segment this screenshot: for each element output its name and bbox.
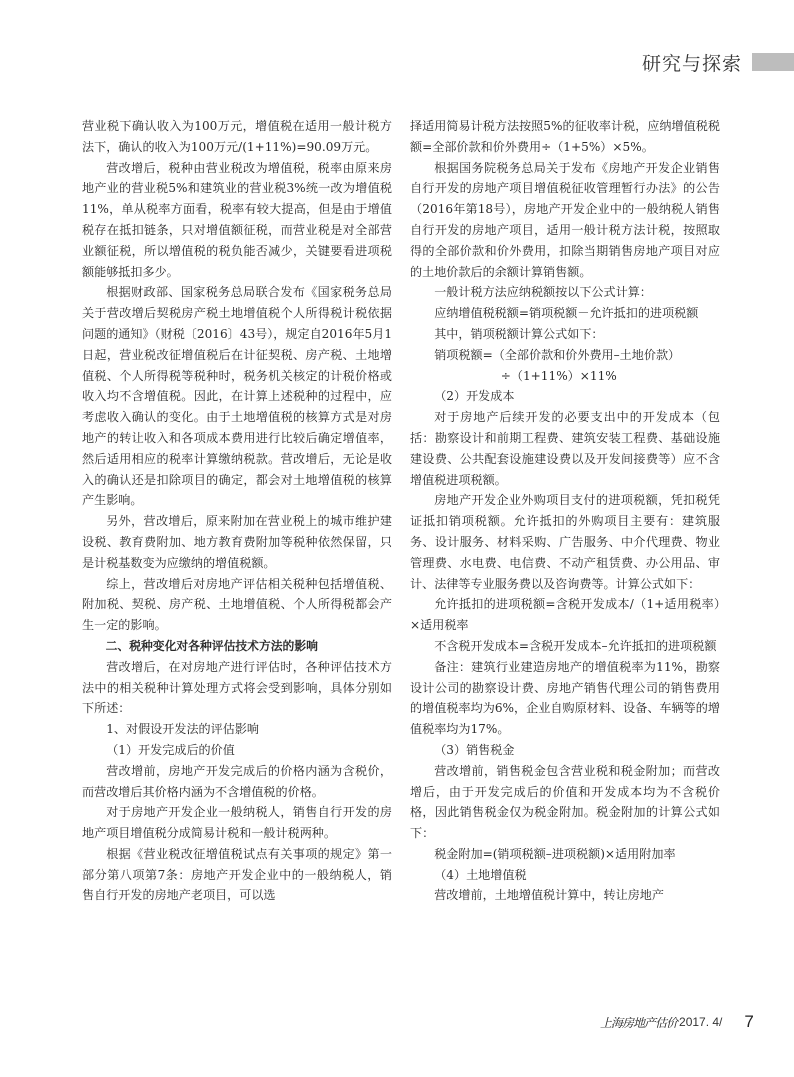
- paragraph: 择适用简易计税方法按照5%的征收率计税，应纳增值税税额=全部价款和价外费用÷（1…: [410, 116, 720, 158]
- paragraph: 另外，营改增后，原来附加在营业税上的城市维护建设税、教育费附加、地方教育费附加等…: [82, 511, 392, 573]
- paragraph: 备注：建筑行业建造房地产的增值税率为11%，勘察设计公司的勘察设计费、房地产销售…: [410, 657, 720, 740]
- paragraph: 综上，营改增后对房地产评估相关税种包括增值税、附加税、契税、房产税、土地增值税、…: [82, 574, 392, 636]
- paragraph: （1）开发完成后的价值: [82, 740, 392, 761]
- paragraph: 允许抵扣的进项税额=含税开发成本/（1+适用税率）×适用税率: [410, 594, 720, 636]
- paragraph: 营改增后，税种由营业税改为增值税，税率由原来房地产业的营业税5%和建筑业的营业税…: [82, 158, 392, 283]
- page-header: 研究与探索: [642, 50, 794, 74]
- paragraph: （2）开发成本: [410, 386, 720, 407]
- paragraph: 不含税开发成本=含税开发成本–允许抵扣的进项税额: [410, 636, 720, 657]
- section-heading: 二、税种变化对各种评估技术方法的影响: [82, 636, 392, 657]
- paragraph: 营改增前，房地产开发完成后的价格内涵为含税价，而营改增后其价格内涵为不含增值税的…: [82, 761, 392, 803]
- page-number: 7: [744, 1012, 753, 1032]
- paragraph: 房地产开发企业外购项目支付的进项税额，凭扣税凭证抵扣销项税额。允许抵扣的外购项目…: [410, 490, 720, 594]
- section-title: 研究与探索: [642, 49, 742, 76]
- paragraph: 根据国务院税务总局关于发布《房地产开发企业销售自行开发的房地产项目增值税征收管理…: [410, 158, 720, 283]
- paragraph: 销项税额=（全部价款和价外费用–土地价款）: [410, 345, 720, 366]
- paragraph: 对于房地产开发企业一般纳税人，销售自行开发的房地产项目增值税分成简易计税和一般计…: [82, 802, 392, 844]
- paragraph: 营改增前，土地增值税计算中，转让房地产: [410, 885, 720, 906]
- issue-label: 2017. 4/: [679, 1015, 722, 1029]
- journal-logo: 上海房地产估价: [600, 1014, 677, 1031]
- paragraph: 一般计税方法应纳税额按以下公式计算：: [410, 282, 720, 303]
- paragraph: 对于房地产后续开发的必要支出中的开发成本（包括：勘察设计和前期工程费、建筑安装工…: [410, 407, 720, 490]
- paragraph: 营改增后，在对房地产进行评估时，各种评估技术方法中的相关税种计算处理方式将会受到…: [82, 657, 392, 719]
- paragraph: （4）土地增值税: [410, 865, 720, 886]
- paragraph: ÷（1+11%）×11%: [410, 366, 720, 387]
- right-column: 择适用简易计税方法按照5%的征收率计税，应纳增值税税额=全部价款和价外费用÷（1…: [410, 116, 720, 906]
- paragraph: 营改增前，销售税金包含营业税和税金附加；而营改增后，由于开发完成后的价值和开发成…: [410, 761, 720, 844]
- paragraph: 其中，销项税额计算公式如下：: [410, 324, 720, 345]
- paragraph: 税金附加=(销项税额–进项税额)×适用附加率: [410, 844, 720, 865]
- left-column: 营业税下确认收入为100万元，增值税在适用一般计税方法下，确认的收入为100万元…: [82, 116, 392, 906]
- header-gray-bar: [752, 53, 794, 71]
- paragraph: 1、对假设开发法的评估影响: [82, 719, 392, 740]
- paragraph: （3）销售税金: [410, 740, 720, 761]
- paragraph: 根据财政部、国家税务总局联合发布《国家税务总局关于营改增后契税房产税土地增值税个…: [82, 282, 392, 511]
- paragraph: 根据《营业税改征增值税试点有关事项的规定》第一部分第八项第7条：房地产开发企业中…: [82, 844, 392, 906]
- page-footer: 上海房地产估价 2017. 4/ 7: [600, 1012, 754, 1032]
- paragraph: 应纳增值税税额=销项税额－允许抵扣的进项税额: [410, 303, 720, 324]
- paragraph: 营业税下确认收入为100万元，增值税在适用一般计税方法下，确认的收入为100万元…: [82, 116, 392, 158]
